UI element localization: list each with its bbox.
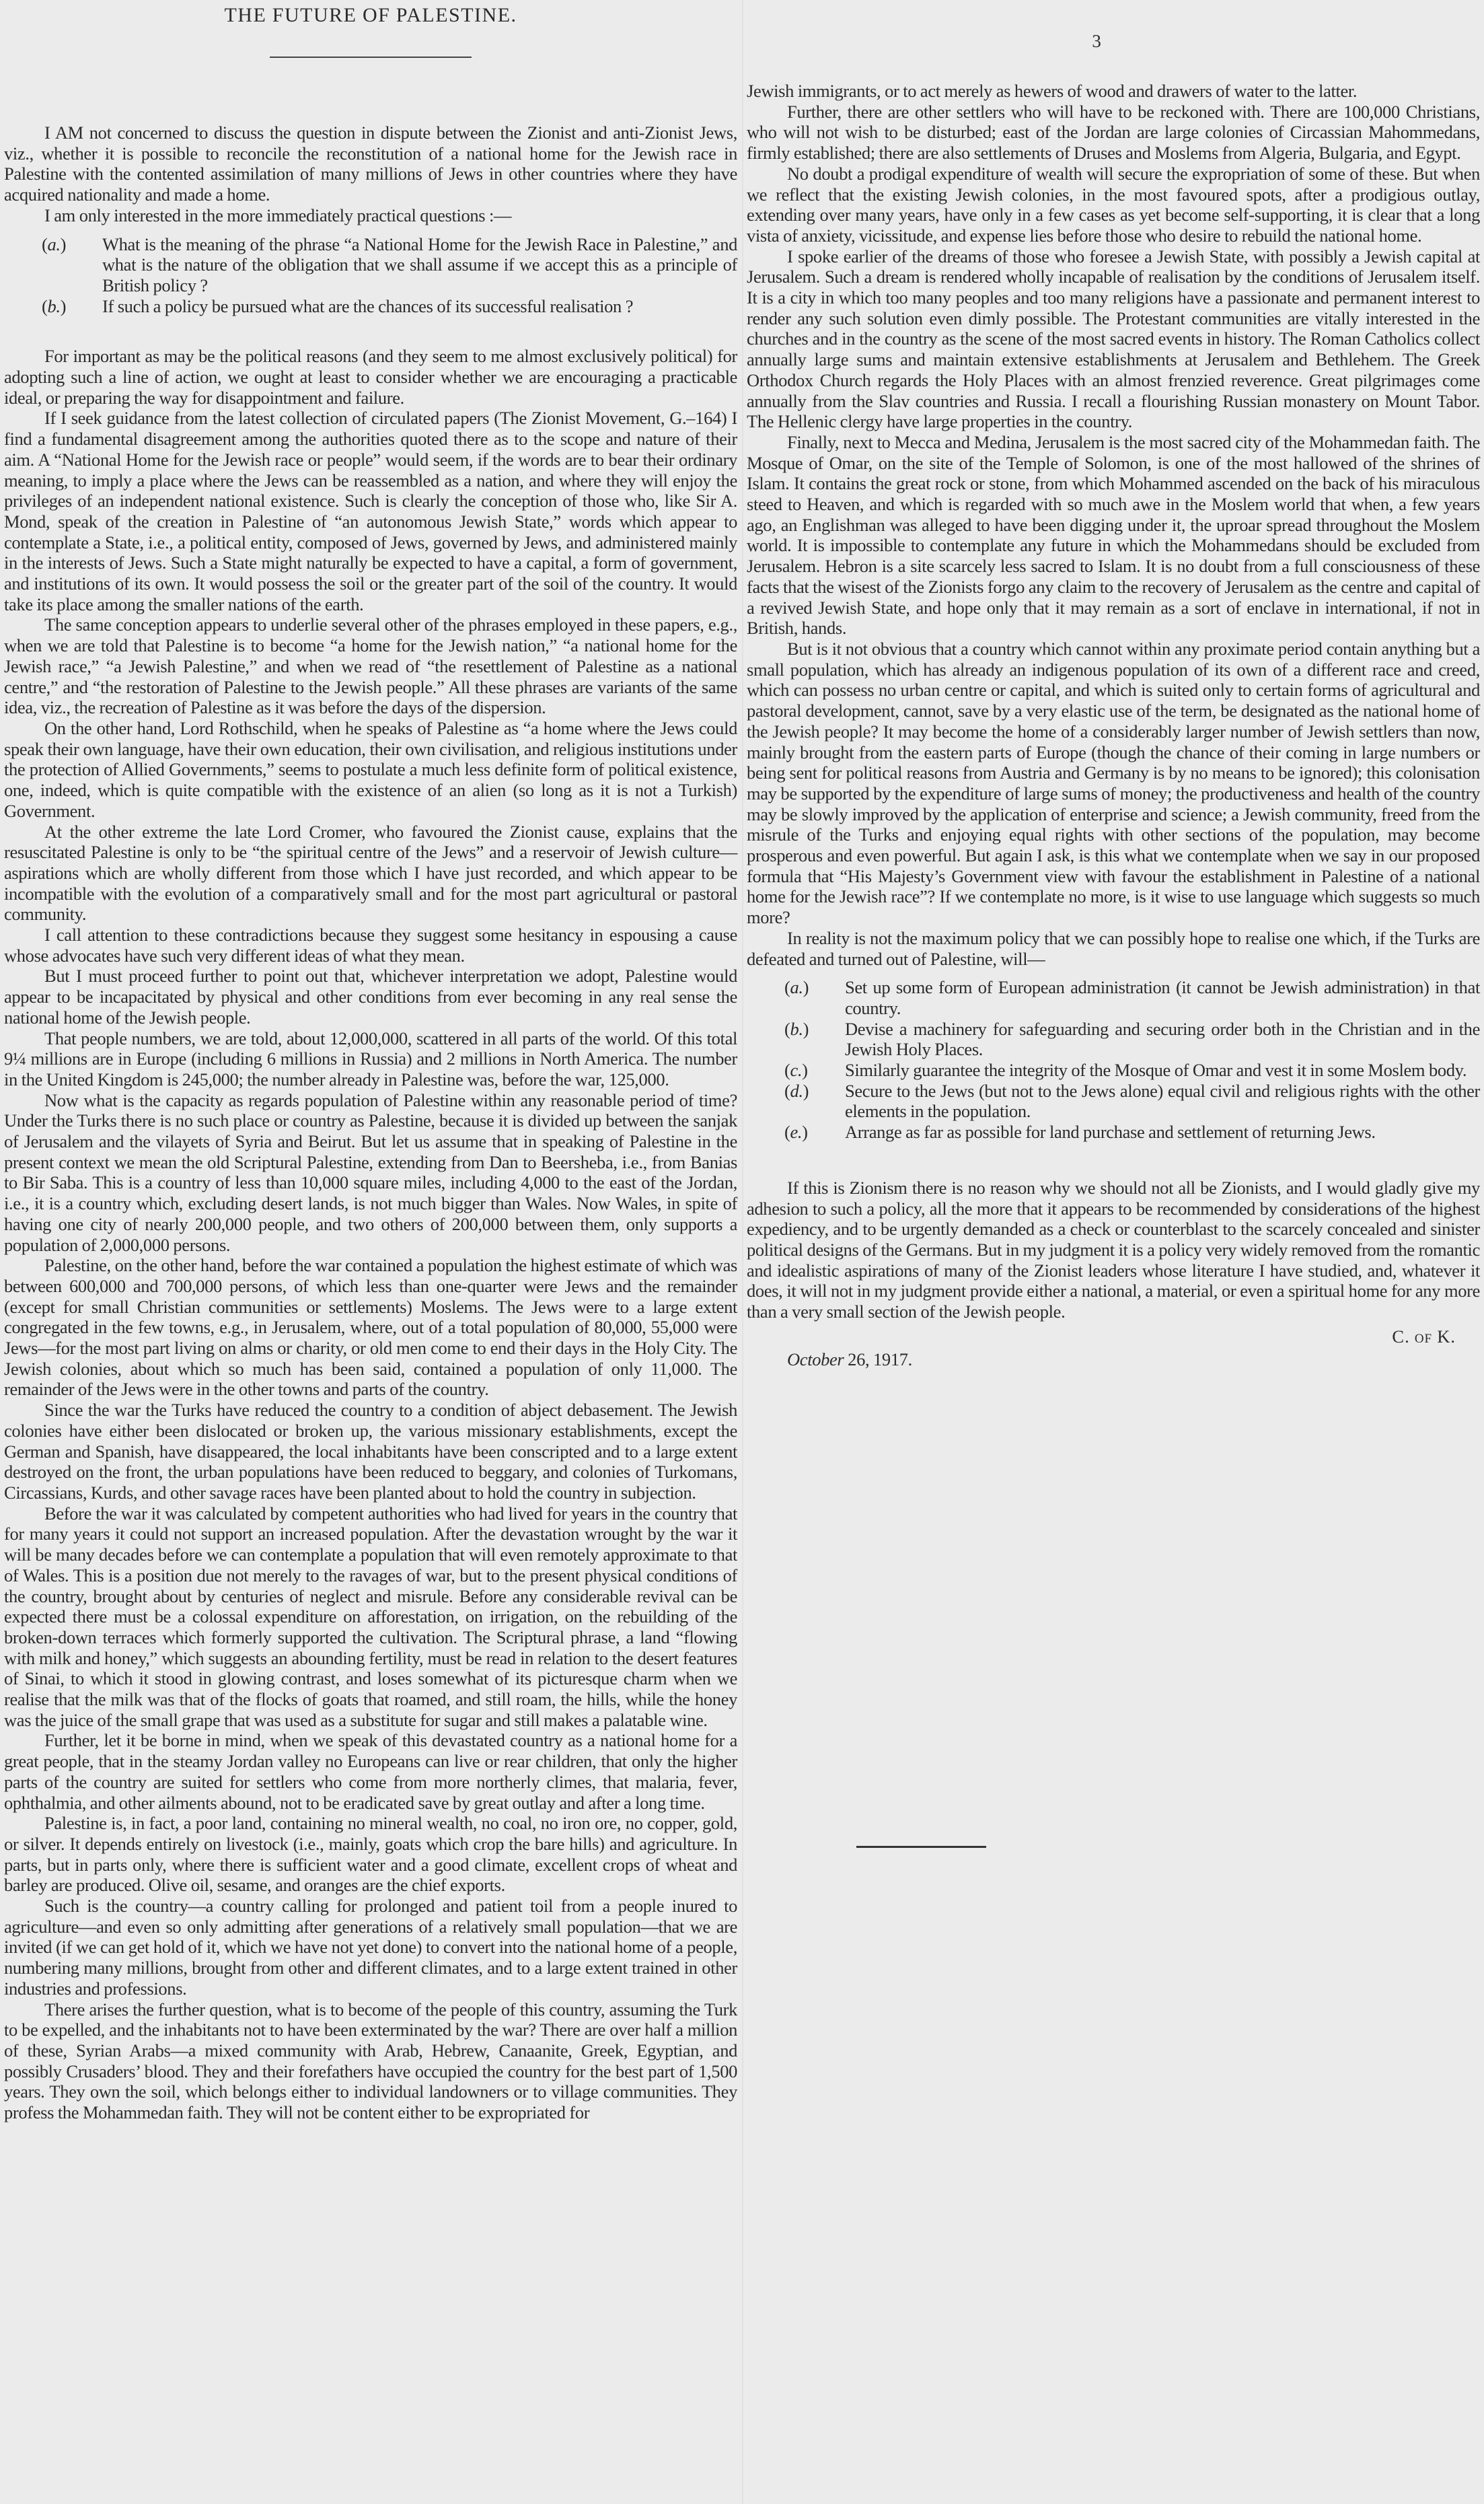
- body-paragraph: That people numbers, we are told, about …: [4, 1028, 737, 1090]
- policy-item: (e.) Arrange as far as possible for land…: [747, 1122, 1480, 1143]
- body-paragraph: Before the war it was calculated by comp…: [4, 1503, 737, 1731]
- end-rule: [856, 1846, 986, 1848]
- body-paragraph: I spoke earlier of the dreams of those w…: [747, 246, 1480, 432]
- conclusion-paragraph: If this is Zionism there is no reason wh…: [747, 1178, 1480, 1322]
- date-line: October 26, 1917.: [747, 1349, 1480, 1370]
- intro-paragraph: I AM not concerned to discuss the questi…: [4, 122, 737, 205]
- right-column: 3 Jewish immigrants, or to act merely as…: [747, 0, 1480, 1370]
- policy-item: (a.) Set up some form of European admini…: [747, 977, 1480, 1018]
- body-paragraph: But I must proceed further to point out …: [4, 966, 737, 1028]
- policy-item: (c.) Similarly guarantee the integrity o…: [747, 1060, 1480, 1081]
- body-paragraph: At the other extreme the late Lord Crome…: [4, 822, 737, 925]
- title-rule: [270, 57, 472, 58]
- body-paragraph: Such is the country—a country calling fo…: [4, 1896, 737, 1999]
- date-day-year: 26, 1917.: [844, 1349, 912, 1369]
- list-marker: (a.): [42, 234, 66, 255]
- policy-list: (a.) Set up some form of European admini…: [747, 977, 1480, 1143]
- continuation-paragraph: Jewish immigrants, or to act merely as h…: [747, 81, 1480, 102]
- question-text: What is the meaning of the phrase “a Nat…: [102, 234, 737, 295]
- body-paragraph: There arises the further question, what …: [4, 1999, 737, 2123]
- date-month: October: [787, 1349, 844, 1369]
- policy-text: Set up some form of European administrat…: [845, 977, 1480, 1018]
- scan-seam: [742, 0, 743, 2504]
- body-paragraph: For important as may be the political re…: [4, 346, 737, 408]
- page-number: 3: [713, 0, 1480, 71]
- body-paragraph: On the other hand, Lord Rothschild, when…: [4, 718, 737, 822]
- body-paragraph: Further, there are other settlers who wi…: [747, 102, 1480, 164]
- body-paragraph: But is it not obvious that a country whi…: [747, 639, 1480, 928]
- questions-list: (a.) What is the meaning of the phrase “…: [4, 234, 737, 317]
- question-text: If such a policy be pursued what are the…: [102, 296, 633, 316]
- body-paragraph: Further, let it be borne in mind, when w…: [4, 1730, 737, 1813]
- question-item: (b.) If such a policy be pursued what ar…: [4, 296, 737, 317]
- list-marker: (d.): [784, 1081, 809, 1102]
- left-column: THE FUTURE OF PALESTINE. I AM not concer…: [4, 0, 737, 2123]
- list-marker: (c.): [784, 1060, 808, 1081]
- body-paragraph: Since the war the Turks have reduced the…: [4, 1400, 737, 1503]
- body-paragraph: Now what is the capacity as regards popu…: [4, 1090, 737, 1256]
- list-marker: (b.): [784, 1019, 809, 1040]
- body-paragraph: I call attention to these contradictions…: [4, 925, 737, 966]
- list-marker: (a.): [784, 977, 809, 998]
- body-paragraph: The same conception appears to underlie …: [4, 614, 737, 718]
- page-title: THE FUTURE OF PALESTINE.: [4, 0, 737, 36]
- policy-text: Devise a machinery for safeguarding and …: [845, 1019, 1480, 1060]
- body-paragraph: Finally, next to Mecca and Medina, Jerus…: [747, 432, 1480, 639]
- policy-item: (b.) Devise a machinery for safeguarding…: [747, 1019, 1480, 1060]
- policy-text: Similarly guarantee the integrity of the…: [845, 1060, 1467, 1080]
- policy-text: Secure to the Jews (but not to the Jews …: [845, 1081, 1480, 1122]
- body-paragraph: Palestine is, in fact, a poor land, cont…: [4, 1813, 737, 1896]
- signature: C. of K.: [747, 1326, 1480, 1347]
- policy-item: (d.) Secure to the Jews (but not to the …: [747, 1081, 1480, 1122]
- policy-text: Arrange as far as possible for land purc…: [845, 1122, 1376, 1142]
- body-paragraph: If I seek guidance from the latest colle…: [4, 408, 737, 614]
- body-paragraph: No doubt a prodigal expenditure of wealt…: [747, 164, 1480, 246]
- questions-lead: I am only interested in the more immedia…: [4, 205, 737, 226]
- body-paragraph: Palestine, on the other hand, before the…: [4, 1255, 737, 1400]
- list-marker: (e.): [784, 1122, 808, 1143]
- question-item: (a.) What is the meaning of the phrase “…: [4, 234, 737, 296]
- document-page: THE FUTURE OF PALESTINE. I AM not concer…: [0, 0, 1484, 2504]
- body-paragraph: In reality is not the maximum policy tha…: [747, 928, 1480, 969]
- list-marker: (b.): [42, 296, 66, 317]
